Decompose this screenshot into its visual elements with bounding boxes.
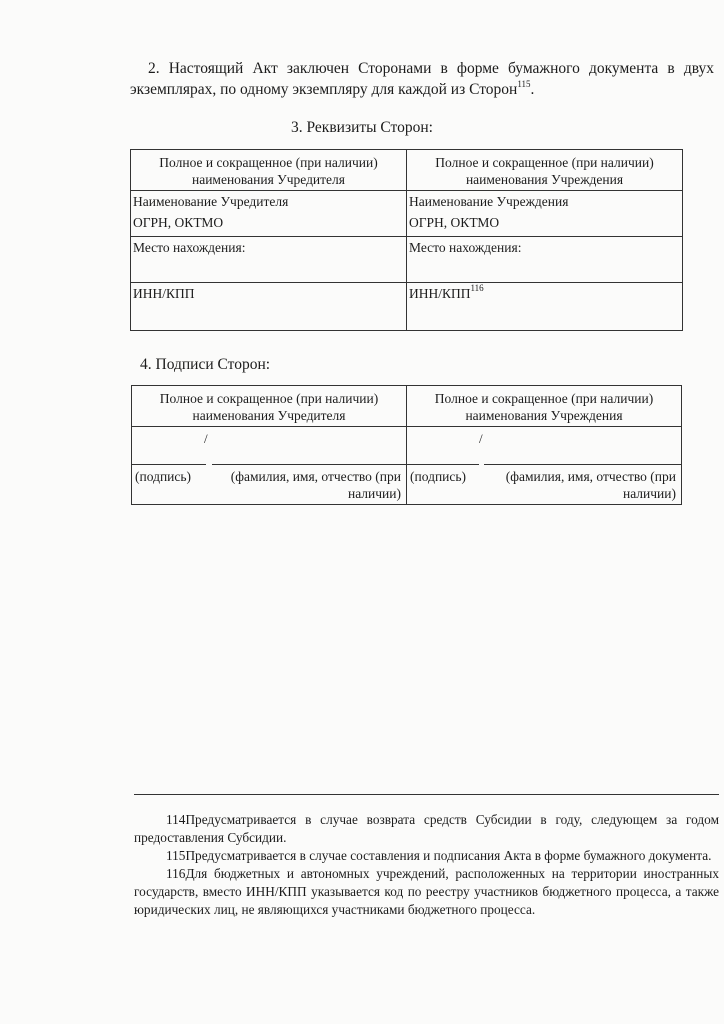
institution-signature-area: / [407,427,682,465]
institution-ogrn-label: ОГРН, ОКТМО [409,212,680,233]
requisites-table: Полное и сокращенное (при наличии) наиме… [130,149,683,331]
founder-inn-cell: ИНН/КПП [131,283,407,331]
founder-ogrn-label: ОГРН, ОКТМО [133,212,404,233]
institution-name-label: Наименование Учреждения [409,191,680,212]
institution-sign-header: Полное и сокращенное (при наличии) наиме… [407,386,682,427]
founder-sign-header: Полное и сокращенное (при наличии) наиме… [132,386,407,427]
founder-name-label: Наименование Учредителя [133,191,404,212]
institution-inn-cell: ИНН/КПП116 [407,283,683,331]
footnote-115: 115Предусматривается в случае составлени… [134,847,719,865]
founder-signature-line [132,464,206,465]
founder-header: Полное и сокращенное (при наличии) наиме… [131,150,407,191]
founder-captions: (подпись) (фамилия, имя, отчество (при н… [132,464,407,505]
footnote-separator [134,794,719,795]
section-4-title: 4. Подписи Сторон: [140,356,270,374]
footnote-116: 116Для бюджетных и автономных учреждений… [134,865,719,919]
footnote-number: 115 [166,848,185,863]
institution-name-line [484,464,682,465]
footnote-ref-116: 116 [471,283,484,293]
founder-signature-area: / [132,427,407,465]
signatures-table: Полное и сокращенное (при наличии) наиме… [131,385,682,505]
section-3-title: 3. Реквизиты Сторон: [0,119,724,137]
founder-name-cell: Наименование Учредителя ОГРН, ОКТМО [131,191,407,237]
paragraph-2-tail: . [531,81,535,98]
paragraph-2-text: 2. Настоящий Акт заключен Сторонами в фо… [130,60,714,98]
footnotes: 114Предусматривается в случае возврата с… [134,811,719,919]
institution-header: Полное и сокращенное (при наличии) наиме… [407,150,683,191]
founder-signature-caption: (подпись) [135,468,210,502]
institution-name-caption: (фамилия, имя, отчество (при наличии) [485,468,678,502]
paragraph-2: 2. Настоящий Акт заключен Сторонами в фо… [130,58,714,100]
footnote-text: Для бюджетных и автономных учреждений, р… [134,866,719,917]
footnote-114: 114Предусматривается в случае возврата с… [134,811,719,847]
institution-signature-line [407,464,479,465]
footnote-ref-115: 115 [517,79,530,89]
founder-location-cell: Место нахождения: [131,237,407,283]
institution-location-cell: Место нахождения: [407,237,683,283]
institution-name-cell: Наименование Учреждения ОГРН, ОКТМО [407,191,683,237]
footnote-text: Предусматривается в случае возврата сред… [134,812,719,845]
institution-inn-label: ИНН/КПП [409,286,471,301]
footnote-number: 114 [166,812,185,827]
founder-name-line [212,464,407,465]
founder-slash: / [204,431,208,447]
institution-slash: / [479,431,483,447]
founder-name-caption: (фамилия, имя, отчество (при наличии) [210,468,403,502]
footnote-number: 116 [166,866,185,881]
institution-signature-caption: (подпись) [410,468,485,502]
institution-captions: (подпись) (фамилия, имя, отчество (при н… [407,464,682,505]
footnote-text: Предусматривается в случае составления и… [185,848,711,863]
